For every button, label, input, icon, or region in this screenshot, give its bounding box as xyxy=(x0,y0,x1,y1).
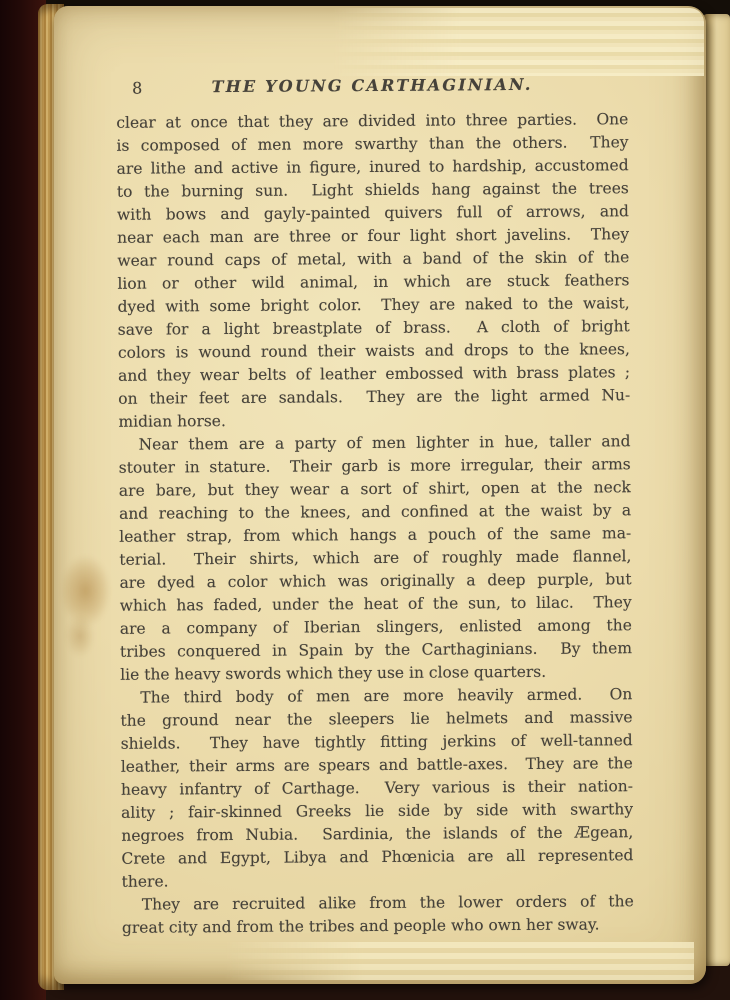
paragraph: clear at once that they are divided into… xyxy=(116,108,630,434)
page-header: 8 THE YOUNG CARTHAGINIAN. xyxy=(116,74,628,102)
paragraph: Near them are a party of men lighter in … xyxy=(118,430,632,687)
text-line: tribes conquered in Spain by the Carthag… xyxy=(120,637,632,664)
page-stack-bottom-edge xyxy=(224,942,694,980)
page-number: 8 xyxy=(132,79,143,98)
page-stack-top-edge xyxy=(332,8,704,76)
text-line: Crete and Egypt, Libya and Phœnicia are … xyxy=(121,844,633,871)
paragraph: The third body of men are more heavily a… xyxy=(120,683,633,894)
foxing-stain-small xyxy=(60,606,100,666)
text-line: great city and from the tribes and peopl… xyxy=(122,913,634,940)
printed-text-area: 8 THE YOUNG CARTHAGINIAN. clear at once … xyxy=(116,74,634,940)
book-page: 8 THE YOUNG CARTHAGINIAN. clear at once … xyxy=(54,6,706,984)
paragraph: They are recruited alike from the lower … xyxy=(122,890,634,940)
page-body: clear at once that they are divided into… xyxy=(116,108,634,940)
running-title: THE YOUNG CARTHAGINIAN. xyxy=(116,74,628,97)
text-line: on their feet are sandals. They are the … xyxy=(118,384,630,411)
book-photo: 8 THE YOUNG CARTHAGINIAN. clear at once … xyxy=(0,0,730,1000)
